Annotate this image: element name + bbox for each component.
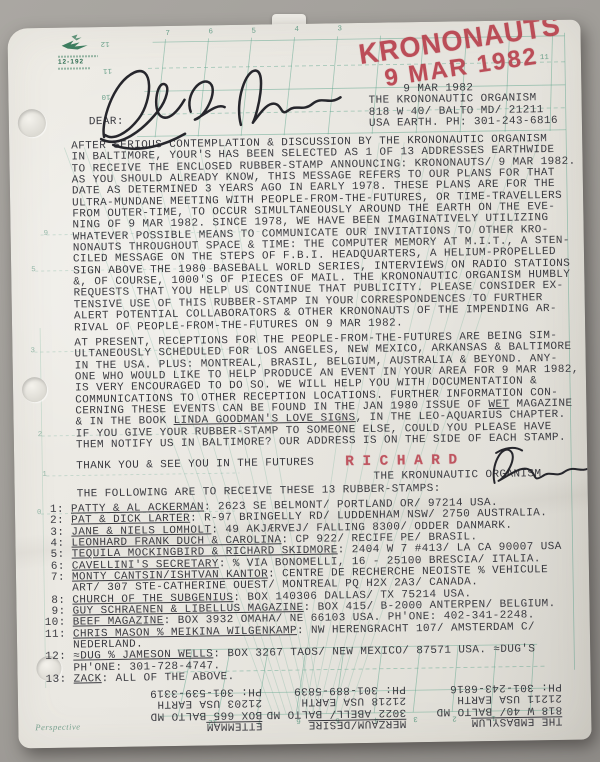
scanned-letter-page: 7 6 5 4 3 12 11 10 11 9 5 3 2 1 0 12 7 6…: [7, 20, 591, 749]
handwriting-layer: [7, 20, 591, 749]
top-signature-jane-and-niels: [100, 68, 341, 149]
closing-signature-richard: [493, 447, 590, 483]
